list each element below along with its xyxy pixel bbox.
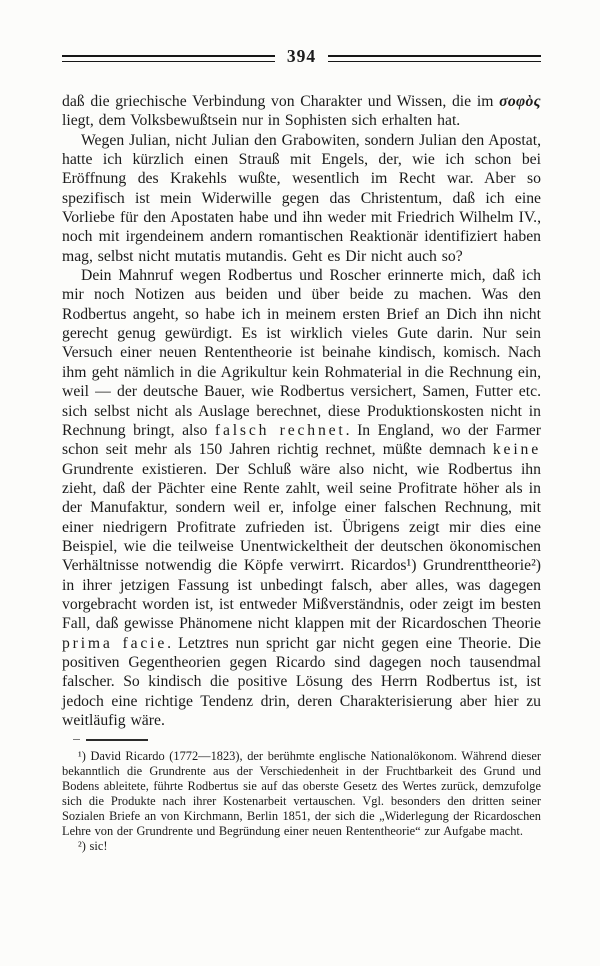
footnote-separator: [86, 739, 148, 741]
text-run: liegt, dem Volksbewußtsein nur in Sophis…: [62, 112, 460, 129]
paragraph: Wegen Julian, nicht Julian den Grabowite…: [62, 131, 541, 266]
text-run: daß die griechische Verbindung von Chara…: [62, 93, 499, 110]
text-run: Grundrente existieren. Der Schluß wäre a…: [62, 461, 541, 633]
emphasized-spaced-text: prima facie: [62, 635, 167, 652]
page-header: 394: [62, 46, 541, 68]
emphasized-spaced-text: keine: [493, 441, 541, 458]
letter-body: daß die griechische Verbindung von Chara…: [62, 92, 541, 730]
greek-word: σοφὸς: [499, 93, 541, 110]
emphasized-spaced-text: falsch rechnet: [215, 422, 346, 439]
header-rule-left: [62, 55, 275, 62]
footnote: ¹) David Ricardo (1772—1823), der berühm…: [62, 749, 541, 839]
text-run: ²) sic!: [78, 839, 107, 853]
book-page: 394 daß die griechische Verbindung von C…: [0, 0, 600, 966]
paragraph: daß die griechische Verbindung von Chara…: [62, 92, 541, 131]
text-run: ¹) David Ricardo (1772—1823), der berühm…: [62, 749, 541, 838]
footnotes-section: ¹) David Ricardo (1772—1823), der berühm…: [62, 749, 541, 854]
text-run: Dein Mahnruf wegen Rodbertus und Roscher…: [62, 267, 541, 439]
text-run: Wegen Julian, nicht Julian den Grabowite…: [62, 132, 541, 265]
header-rule-right: [328, 55, 541, 62]
paragraph: Dein Mahnruf wegen Rodbertus und Roscher…: [62, 266, 541, 730]
footnote: ²) sic!: [62, 839, 541, 854]
page-number: 394: [275, 48, 328, 66]
